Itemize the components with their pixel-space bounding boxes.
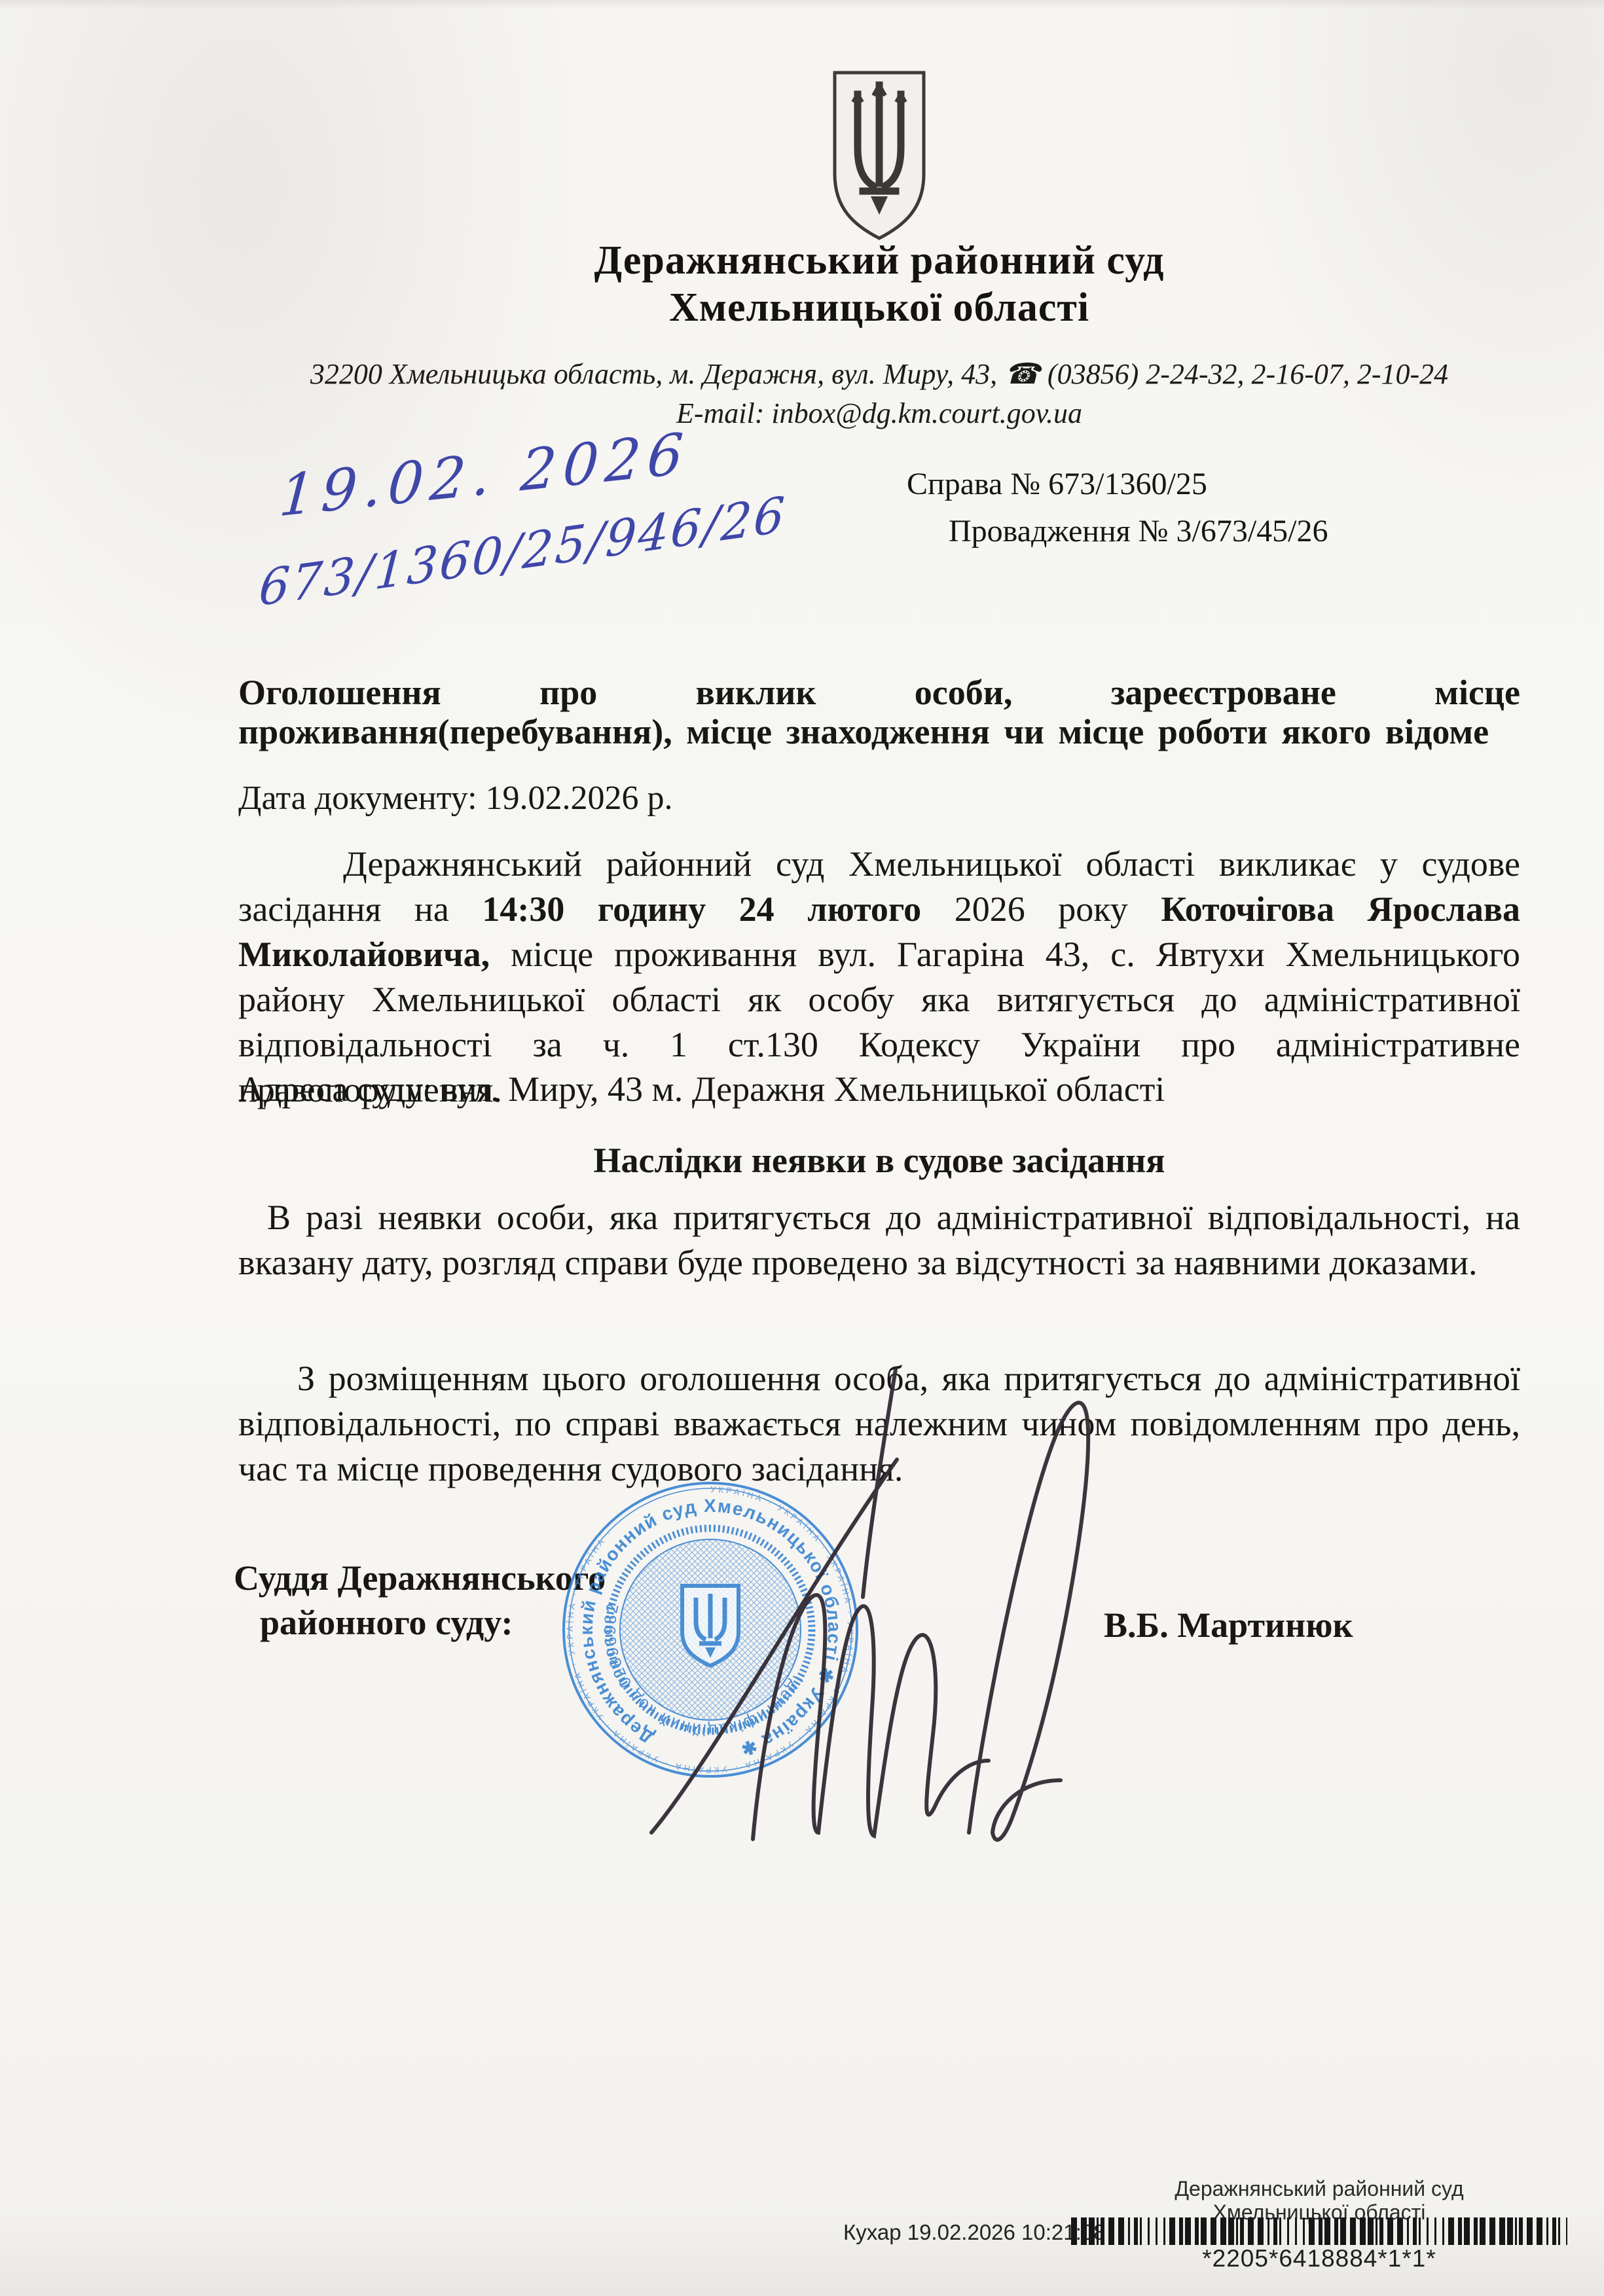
- case-info-block: Справа № 673/1360/25 Провадження № 3/673…: [907, 461, 1328, 555]
- judge-title-line2: районного суду:: [260, 1602, 513, 1643]
- judge-name: В.Б. Мартинюк: [1104, 1605, 1353, 1645]
- barcode: [1071, 2217, 1567, 2245]
- proceeding-number-line: Провадження № 3/673/45/26: [949, 508, 1328, 555]
- consequences-section-header: Наслідки неявки в судове засідання: [238, 1140, 1520, 1181]
- court-location-line: Адреса суду: вул. Миру, 43 м. Деражня Хм…: [238, 1067, 1520, 1112]
- court-address-line: 32200 Хмельницька область, м. Деражня, в…: [160, 355, 1599, 394]
- footer-court-line1: Деражнянський районний суд: [1061, 2177, 1578, 2200]
- announcement-title: Оголошення про виклик особи, зареєстрова…: [238, 673, 1520, 751]
- court-name-line1: Деражнянський районний суд: [238, 237, 1520, 284]
- court-email-line: E-mail: inbox@dg.km.court.gov.ua: [160, 394, 1599, 433]
- case-number-line: Справа № 673/1360/25: [907, 461, 1328, 508]
- document-date-line: Дата документу: 19.02.2026 р.: [238, 779, 1520, 817]
- court-name-line2: Хмельницької області: [238, 284, 1520, 331]
- footer-operator-line: Кухар 19.02.2026 10:21:08: [843, 2220, 1106, 2245]
- ukraine-trident-shield-icon: [830, 68, 928, 243]
- judge-signature-ink: [609, 1329, 1133, 1918]
- absence-consequences-paragraph: В разі неявки особи, яка притягується до…: [238, 1195, 1520, 1285]
- court-name-header: Деражнянський районний суд Хмельницької …: [238, 237, 1520, 331]
- judge-title-line1: Суддя Деражнянського: [234, 1558, 606, 1598]
- court-contact-block: 32200 Хмельницька область, м. Деражня, в…: [160, 355, 1599, 433]
- barcode-value-line: *2205*6418884*1*1*: [1061, 2245, 1578, 2272]
